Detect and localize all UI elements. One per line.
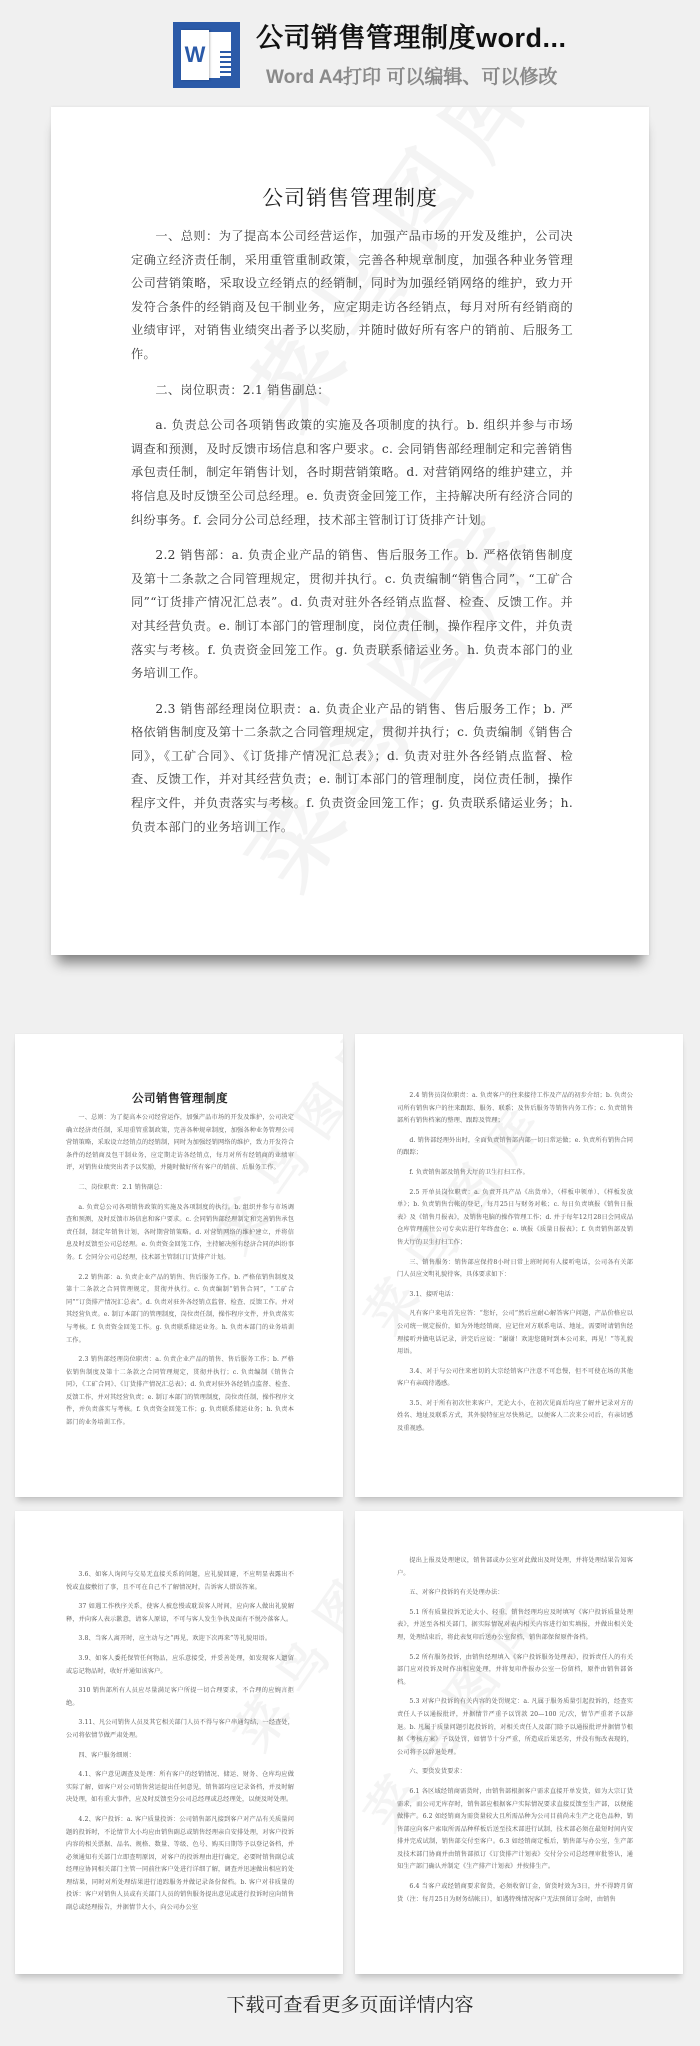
thumbnail-paragraph: 2.4 销售员岗位职责：a. 负责客户的往来接待工作及产品的初步介绍；b. 负责… — [397, 1090, 633, 1128]
thumbnail-paragraph: 2.5 开单员岗位职责：a. 负责开具产品《出货单》，（样板申领单）、《样板发放… — [397, 1187, 633, 1250]
thumbnail-paragraph: 3.6、如客人询问与交易无直接关系的问题，应礼貌回避，不应明显表露出不悦或直接敷… — [66, 1569, 294, 1594]
paragraph-general: 一、总则：为了提高本公司经营运作，加强产品市场的开发及维护，公司决定确立经济责任… — [131, 225, 573, 367]
thumbnail-paragraph: 3.5、对于所有初次往来客户，无论大小，在初次见面后均应了解并记录对方的姓名、地… — [397, 1398, 633, 1436]
thumbnail-paragraph: 5.1 所有质量投诉无论大小、轻重，销售经理均应及时填写《客户投诉质量处理表》，… — [397, 1607, 633, 1645]
page-heading: 公司销售管理制度 — [51, 182, 649, 212]
page-body: 一、总则：为了提高本公司经营运作，加强产品市场的开发及维护，公司决定确立经济责任… — [131, 225, 573, 851]
page-thumbnail-3[interactable]: 菜鸟图库 3.6、如客人询问与交易无直接关系的问题，应礼貌回避，不应明显表露出不… — [15, 1511, 343, 1974]
thumbnail-paragraph: 四、客户服务细则： — [66, 1750, 294, 1763]
thumbnail-paragraph: 2.3 销售部经理岗位职责：a. 负责企业产品的销售、售后服务工作；b. 严格依… — [66, 1354, 294, 1430]
thumbnail-body: 提出上报及处理建议，销售部或办公室对此做出及时处理，并将处理结果告知客户。 五、… — [397, 1555, 633, 1913]
thumbnail-paragraph: 310 销售部所有人员应尽量满足客户所提一切合理要求，不合理的应婉言拒绝。 — [66, 1685, 294, 1710]
thumbnail-paragraph: 5.3 对客户投诉的有关内容的处罚规定：a. 凡属于服务质量引起投诉的，经查实责… — [397, 1696, 633, 1759]
word-document-icon: W — [173, 22, 240, 88]
icon-letter: W — [184, 44, 206, 66]
icon-text-lines — [220, 51, 240, 86]
paragraph-2-2: 2.2 销售部：a. 负责企业产品的销售、售后服务工作。b. 严格依销售制度及第… — [131, 544, 573, 686]
thumbnail-paragraph: 六、要货发货要求： — [397, 1766, 633, 1779]
thumbnail-heading: 公司销售管理制度 — [66, 1090, 294, 1106]
thumbnail-paragraph: a. 负责总公司各项销售政策的实施及各项制度的执行。b. 组织并参与市场调查和预… — [66, 1202, 294, 1265]
thumbnail-paragraph: 6.4 当客户或经销商要求留货，必须收留订金，留货时效为3日，并不得跨月留货（注… — [397, 1881, 633, 1906]
paragraph-2-1: a. 负责总公司各项销售政策的实施及各项制度的执行。b. 组织并参与市场调查和预… — [131, 414, 573, 532]
paragraph-duties-heading: 二、岗位职责：2.1 销售副总： — [131, 379, 573, 403]
thumbnail-paragraph: 3.11、凡公司销售人员及其它相关部门人员不得与客户串通勾结，一经查处，公司将依… — [66, 1717, 294, 1742]
thumbnail-paragraph: 二、岗位职责：2.1 销售副总： — [66, 1182, 294, 1195]
thumbnail-body: 公司销售管理制度 一、总则：为了提高本公司经营运作，加强产品市场的开发及维护，公… — [66, 1090, 294, 1437]
thumbnail-paragraph: 凡有客户来电首先应答：“您好，公司”然后应耐心解答客户问题，产品价格应以公司统一… — [397, 1308, 633, 1358]
thumbnail-paragraph: 6.1 各区域经销商需货时，由销售部根据客户需求直接开单发货，如为大宗订货需求，… — [397, 1786, 633, 1874]
thumbnail-paragraph: 4.2、客户投诉：a. 客户质量投诉：公司销售部凡接到客户对产品有关质量问题的投… — [66, 1814, 294, 1915]
thumbnail-paragraph: 37 如遇工作秩序关系，使客人被怠慢或耽误客人时间，应向客人做出礼貌解释，并向客… — [66, 1601, 294, 1626]
thumbnail-paragraph: 一、总则：为了提高本公司经营运作，加强产品市场的开发及维护，公司决定确立经济责任… — [66, 1112, 294, 1175]
thumbnail-paragraph: 五、对客户投诉的有关处理办法： — [397, 1587, 633, 1600]
thumbnail-paragraph: 2.2 销售部：a. 负责企业产品的销售、售后服务工作。b. 严格依销售制度及第… — [66, 1272, 294, 1348]
thumbnail-paragraph: 5.2 所有服务投诉，由销售经理填入《客户投诉服务处理表》，投诉责任人的有关部门… — [397, 1652, 633, 1690]
thumbnail-paragraph: 提出上报及处理建议，销售部或办公室对此做出及时处理，并将处理结果告知客户。 — [397, 1555, 633, 1580]
thumbnail-paragraph: 三、销售服务：销售部应保持8小时日常上班时间有人接听电话，公司各有关部门人员应文… — [397, 1257, 633, 1282]
thumbnail-body: 3.6、如客人询问与交易无直接关系的问题，应礼貌回避，不应明显表露出不悦或直接敷… — [66, 1569, 294, 1922]
document-subtitle: Word A4打印 可以编辑、可以修改 — [266, 62, 557, 89]
thumbnail-body: 2.4 销售员岗位职责：a. 负责客户的往来接待工作及产品的初步介绍；b. 负责… — [397, 1090, 633, 1443]
thumbnail-paragraph: d. 销售部经理外出时，全面负责销售部内部一切日常运做；e. 负责所有销售合同的… — [397, 1135, 633, 1160]
thumbnail-paragraph: 3.1、接听电话： — [397, 1289, 633, 1302]
thumbnail-paragraph: 3.8、当客人离开时，应主动与之“再见，欢迎下次再来”等礼貌用语。 — [66, 1633, 294, 1646]
main-page-preview: 菜鸟图库 菜鸟图库 公司销售管理制度 一、总则：为了提高本公司经营运作，加强产品… — [51, 107, 649, 955]
download-more-link[interactable]: 下载可查看更多页面详情内容 — [0, 1990, 700, 2017]
document-title: 公司销售管理制度word... — [256, 16, 567, 55]
page-thumbnail-4[interactable]: 菜鸟图库 提出上报及处理建议，销售部或办公室对此做出及时处理，并将处理结果告知客… — [355, 1511, 683, 1974]
thumbnail-paragraph: 3.4、对于与公司往来密切的大宗经销客户注意不可怠慢，但不可使在场的其他客户有亲… — [397, 1366, 633, 1391]
header: W 公司销售管理制度word... Word A4打印 可以编辑、可以修改 — [0, 0, 700, 100]
page-thumbnail-2[interactable]: 菜鸟图库 2.4 销售员岗位职责：a. 负责客户的往来接待工作及产品的初步介绍；… — [355, 1034, 683, 1497]
thumbnail-paragraph: 3.9、如客人委托保管任何物品，应乐意接受，并妥善处理，如发现客人遗留或忘记物品… — [66, 1653, 294, 1678]
thumbnail-paragraph: f. 负责销售部及销售大厅的卫生打扫工作。 — [397, 1167, 633, 1180]
thumbnail-paragraph: 4.1、客户意见调查及处理：所有客户的经销情况、储运、财务、仓库均应做实际了解，… — [66, 1769, 294, 1807]
paragraph-2-3: 2.3 销售部经理岗位职责：a. 负责企业产品的销售、售后服务工作；b. 严格依… — [131, 698, 573, 840]
page-thumbnail-1[interactable]: 菜鸟图库 公司销售管理制度 一、总则：为了提高本公司经营运作，加强产品市场的开发… — [15, 1034, 343, 1497]
